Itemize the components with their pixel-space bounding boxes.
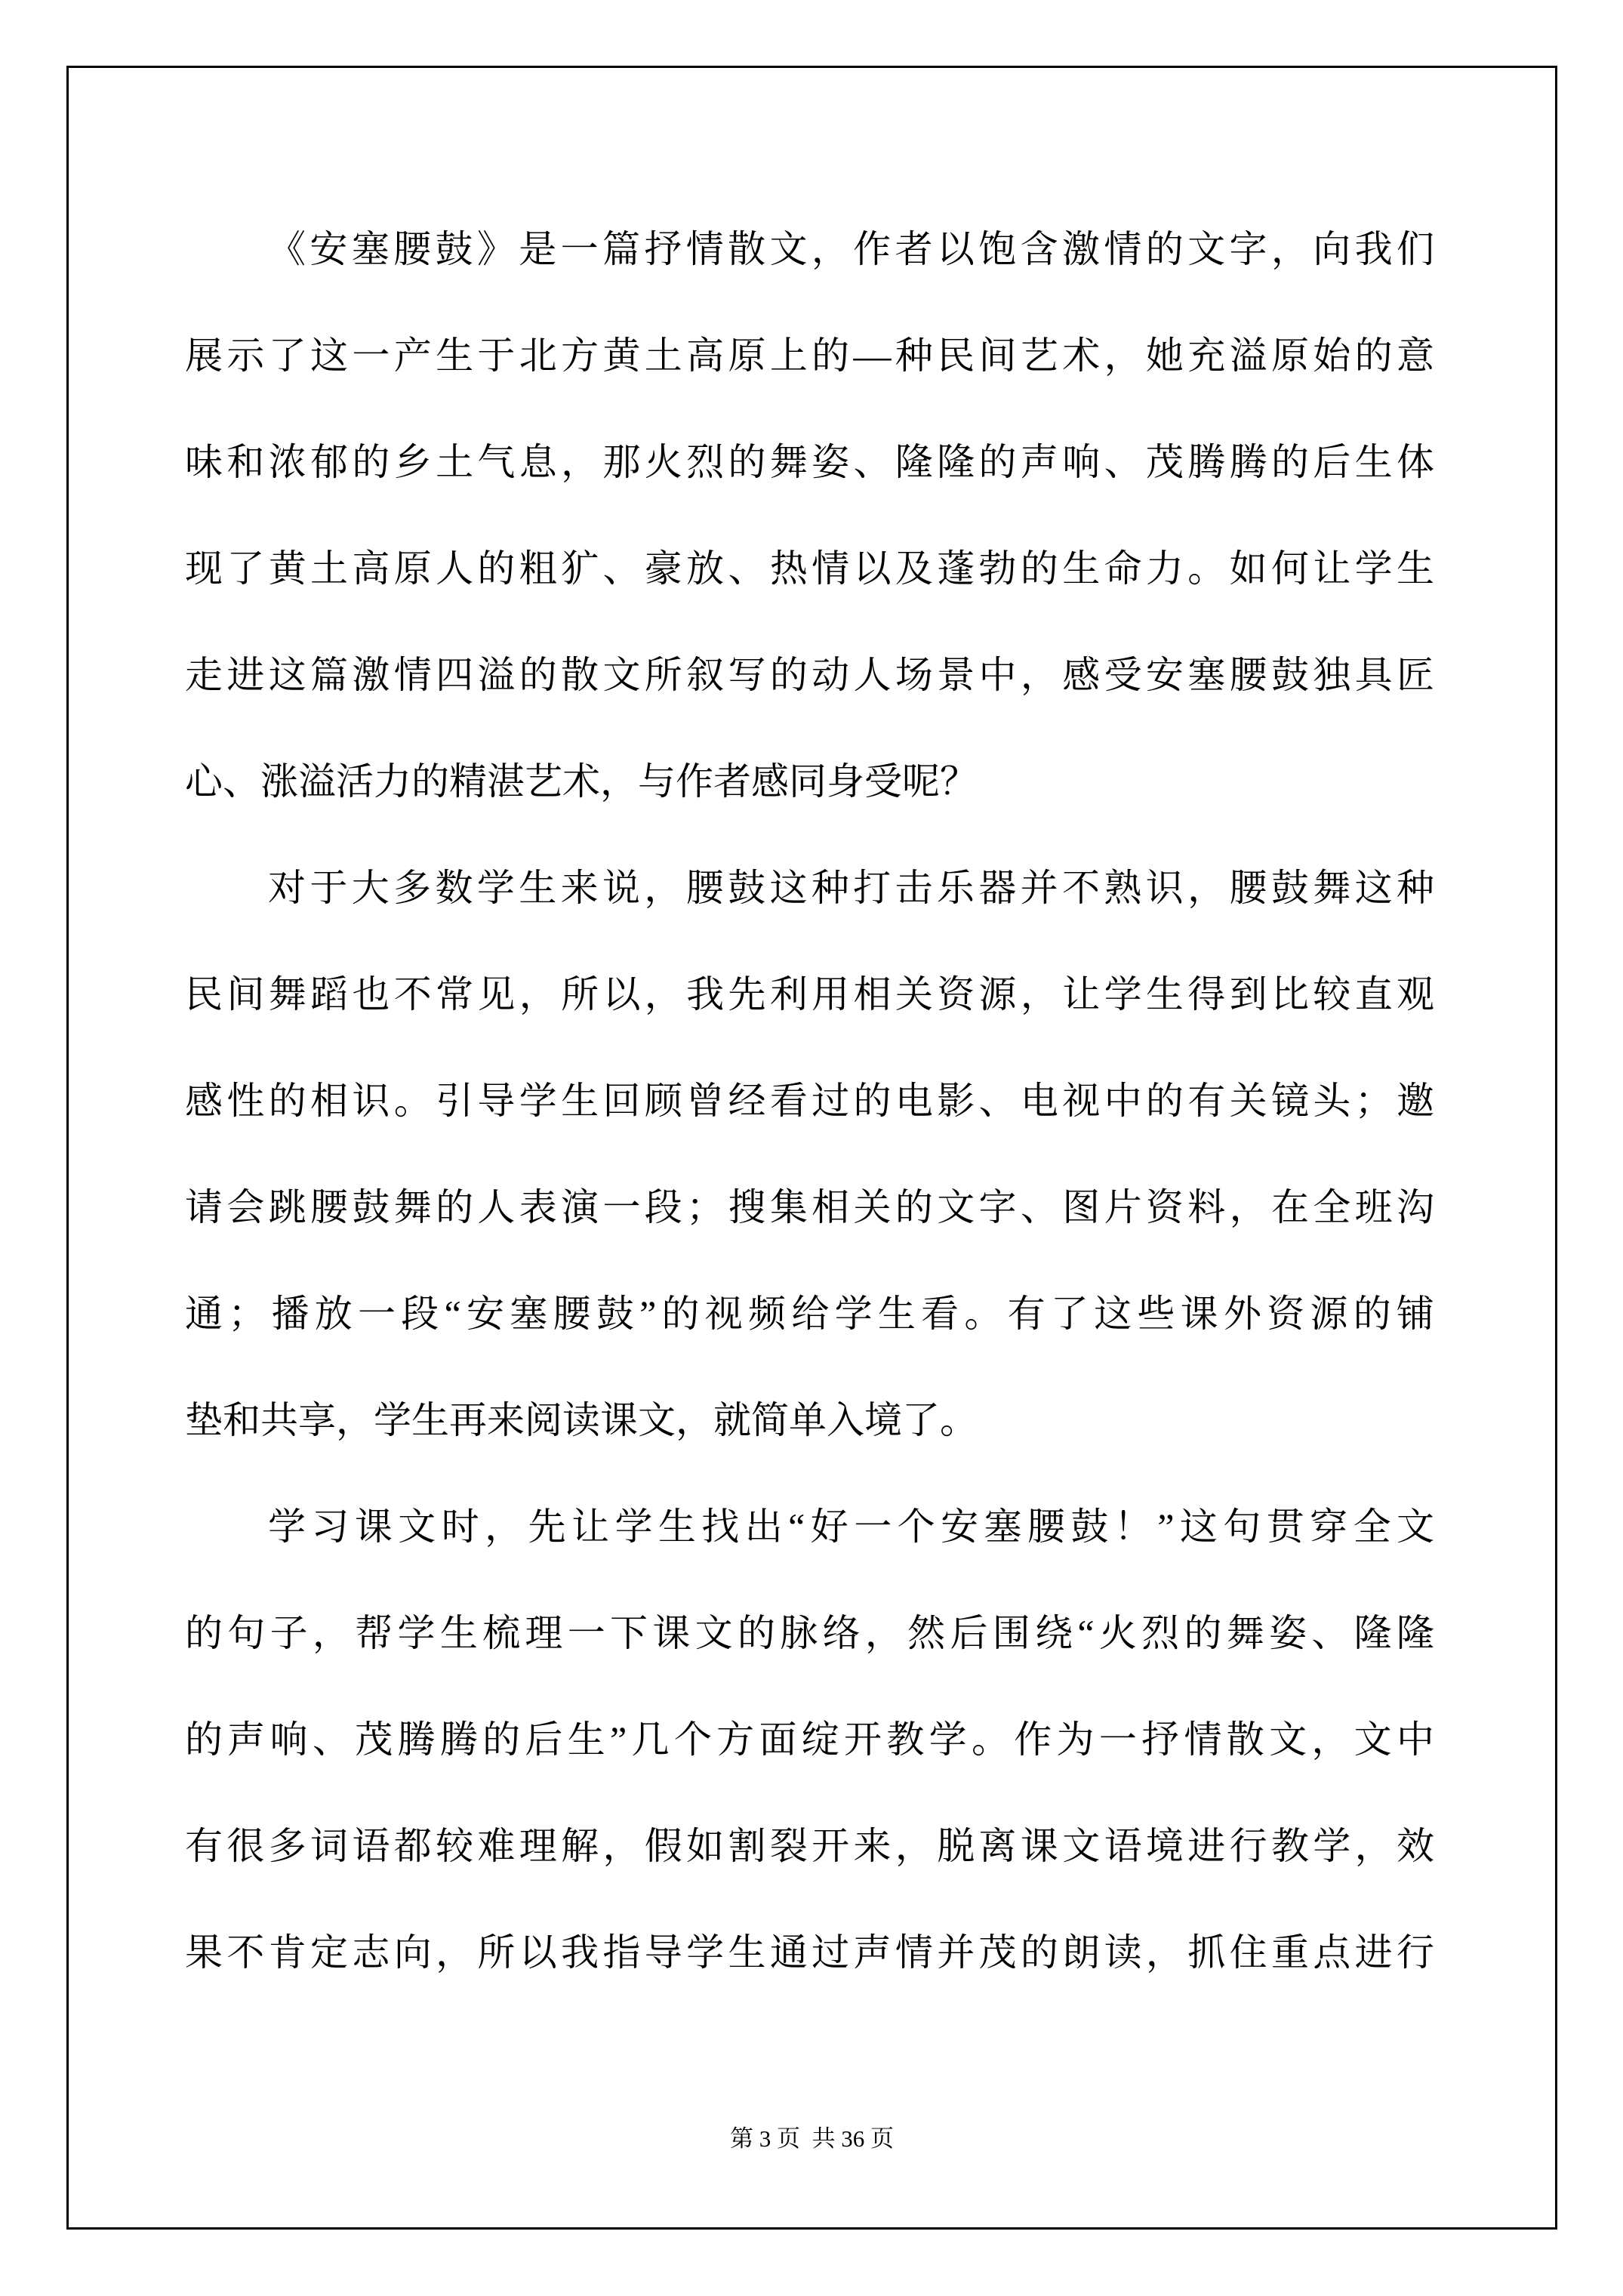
paragraph: 学习课文时，先让学生找出“好一个安塞腰鼓！”这句贯穿全文的句子，帮学生梳理一下课… (185, 1474, 1434, 2006)
text-line: 的声响、茂腾腾的后生”几个方面绽开教学。作为一抒情散文，文中 (185, 1687, 1434, 1793)
text-line: 民间舞蹈也不常见，所以，我先利用相关资源，让学生得到比较直观 (185, 942, 1434, 1048)
text-line: 感性的相识。引导学生回顾曾经看过的电影、电视中的有关镜头；邀 (185, 1048, 1434, 1154)
page-number-label: 第 3 页 共 36 页 (730, 2125, 894, 2152)
text-line: 垫和共享，学生再来阅读课文，就简单入境了。 (185, 1367, 1434, 1474)
text-line: 学习课文时，先让学生找出“好一个安塞腰鼓！”这句贯穿全文 (185, 1474, 1434, 1580)
text-line: 的句子，帮学生梳理一下课文的脉络，然后围绕“火烈的舞姿、隆隆 (185, 1580, 1434, 1687)
document-page: 《安塞腰鼓》是一篇抒情散文，作者以饱含激情的文字，向我们展示了这一产生于北方黄土… (0, 0, 1623, 2296)
paragraph: 对于大多数学生来说，腰鼓这种打击乐器并不熟识，腰鼓舞这种民间舞蹈也不常见，所以，… (185, 835, 1434, 1474)
text-line: 《安塞腰鼓》是一篇抒情散文，作者以饱含激情的文字，向我们 (185, 196, 1434, 303)
text-line: 味和浓郁的乡土气息，那火烈的舞姿、隆隆的声响、茂腾腾的后生体 (185, 409, 1434, 516)
text-line: 心、涨溢活力的精湛艺术，与作者感同身受呢？ (185, 729, 1434, 835)
text-line: 请会跳腰鼓舞的人表演一段；搜集相关的文字、图片资料，在全班沟 (185, 1154, 1434, 1261)
paragraph: 《安塞腰鼓》是一篇抒情散文，作者以饱含激情的文字，向我们展示了这一产生于北方黄土… (185, 196, 1434, 835)
text-line: 对于大多数学生来说，腰鼓这种打击乐器并不熟识，腰鼓舞这种 (185, 835, 1434, 942)
text-line: 展示了这一产生于北方黄土高原上的—种民间艺术，她充溢原始的意 (185, 303, 1434, 409)
text-line: 现了黄土高原人的粗犷、豪放、热情以及蓬勃的生命力。如何让学生 (185, 516, 1434, 622)
text-line: 果不肯定志向，所以我指导学生通过声情并茂的朗读，抓住重点进行 (185, 1900, 1434, 2006)
text-line: 有很多词语都较难理解，假如割裂开来，脱离课文语境进行教学，效 (185, 1793, 1434, 1900)
text-line: 通；播放一段“安塞腰鼓”的视频给学生看。有了这些课外资源的铺 (185, 1261, 1434, 1367)
page-footer: 第 3 页 共 36 页 (66, 2120, 1557, 2158)
text-line: 走进这篇激情四溢的散文所叙写的动人场景中，感受安塞腰鼓独具匠 (185, 622, 1434, 729)
document-body: 《安塞腰鼓》是一篇抒情散文，作者以饱含激情的文字，向我们展示了这一产生于北方黄土… (185, 196, 1434, 2006)
